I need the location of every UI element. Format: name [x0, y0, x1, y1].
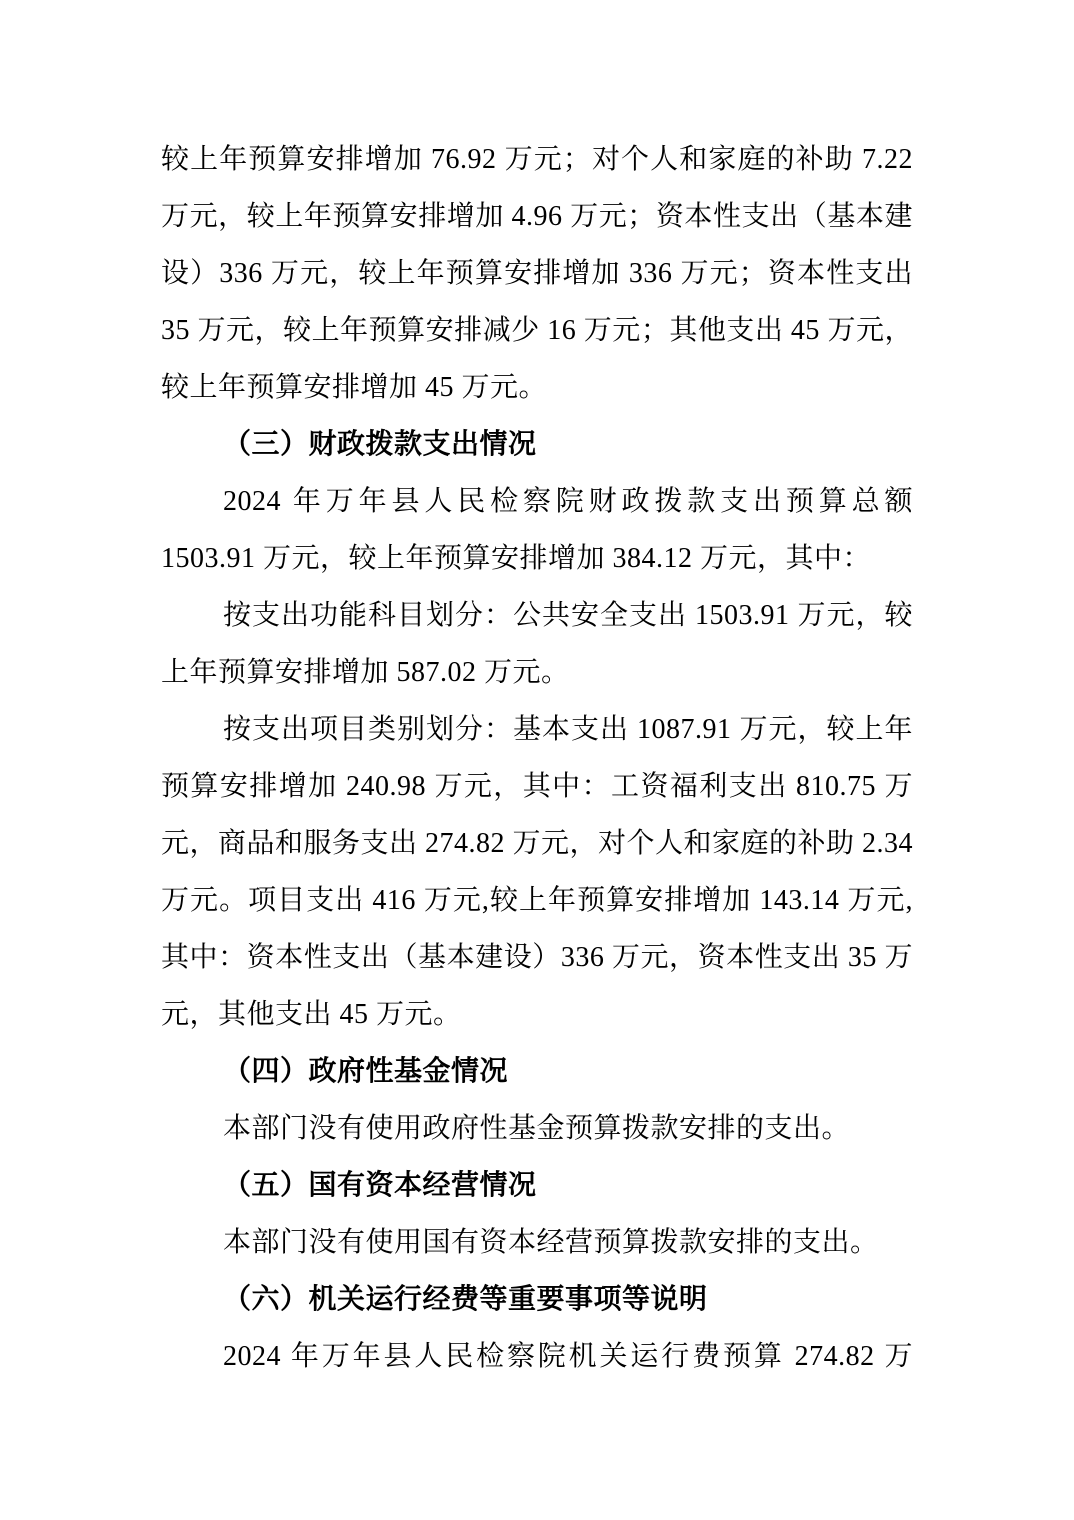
paragraph-line: 上年预算安排增加 587.02 万元。: [161, 644, 913, 701]
paragraph-line: 2024 年万年县人民检察院财政拨款支出预算总额: [161, 473, 913, 530]
paragraph-line: 较上年预算安排增加 76.92 万元；对个人和家庭的补助 7.22: [161, 131, 913, 188]
paragraph-line: 元，其他支出 45 万元。: [161, 986, 913, 1043]
section-heading-government-fund: （四）政府性基金情况: [161, 1043, 913, 1100]
paragraph-line: 较上年预算安排增加 45 万元。: [161, 359, 913, 416]
paragraph-line: 万元。项目支出 416 万元,较上年预算安排增加 143.14 万元,: [161, 872, 913, 929]
paragraph-line: 本部门没有使用政府性基金预算拨款安排的支出。: [161, 1100, 913, 1157]
paragraph-line: 1503.91 万元，较上年预算安排增加 384.12 万元，其中：: [161, 530, 913, 587]
paragraph-line: 元，商品和服务支出 274.82 万元，对个人和家庭的补助 2.34: [161, 815, 913, 872]
section-heading-operating-expenses: （六）机关运行经费等重要事项等说明: [161, 1271, 913, 1328]
paragraph-line: 万元，较上年预算安排增加 4.96 万元；资本性支出（基本建: [161, 188, 913, 245]
paragraph-line: 按支出功能科目划分：公共安全支出 1503.91 万元，较: [161, 587, 913, 644]
paragraph-line: 本部门没有使用国有资本经营预算拨款安排的支出。: [161, 1214, 913, 1271]
paragraph-line: 2024 年万年县人民检察院机关运行费预算 274.82 万元，: [161, 1328, 913, 1385]
section-heading-state-capital-operation: （五）国有资本经营情况: [161, 1157, 913, 1214]
paragraph-line: 设）336 万元，较上年预算安排增加 336 万元；资本性支出: [161, 245, 913, 302]
paragraph-line: 预算安排增加 240.98 万元，其中：工资福利支出 810.75 万: [161, 758, 913, 815]
document-page: 较上年预算安排增加 76.92 万元；对个人和家庭的补助 7.22 万元，较上年…: [0, 0, 1074, 1385]
paragraph-line: 按支出项目类别划分：基本支出 1087.91 万元，较上年: [161, 701, 913, 758]
paragraph-line: 35 万元，较上年预算安排减少 16 万元；其他支出 45 万元，: [161, 302, 913, 359]
paragraph-line: 其中：资本性支出（基本建设）336 万元，资本性支出 35 万: [161, 929, 913, 986]
section-heading-fiscal-appropriation-expenditure: （三）财政拨款支出情况: [161, 416, 913, 473]
